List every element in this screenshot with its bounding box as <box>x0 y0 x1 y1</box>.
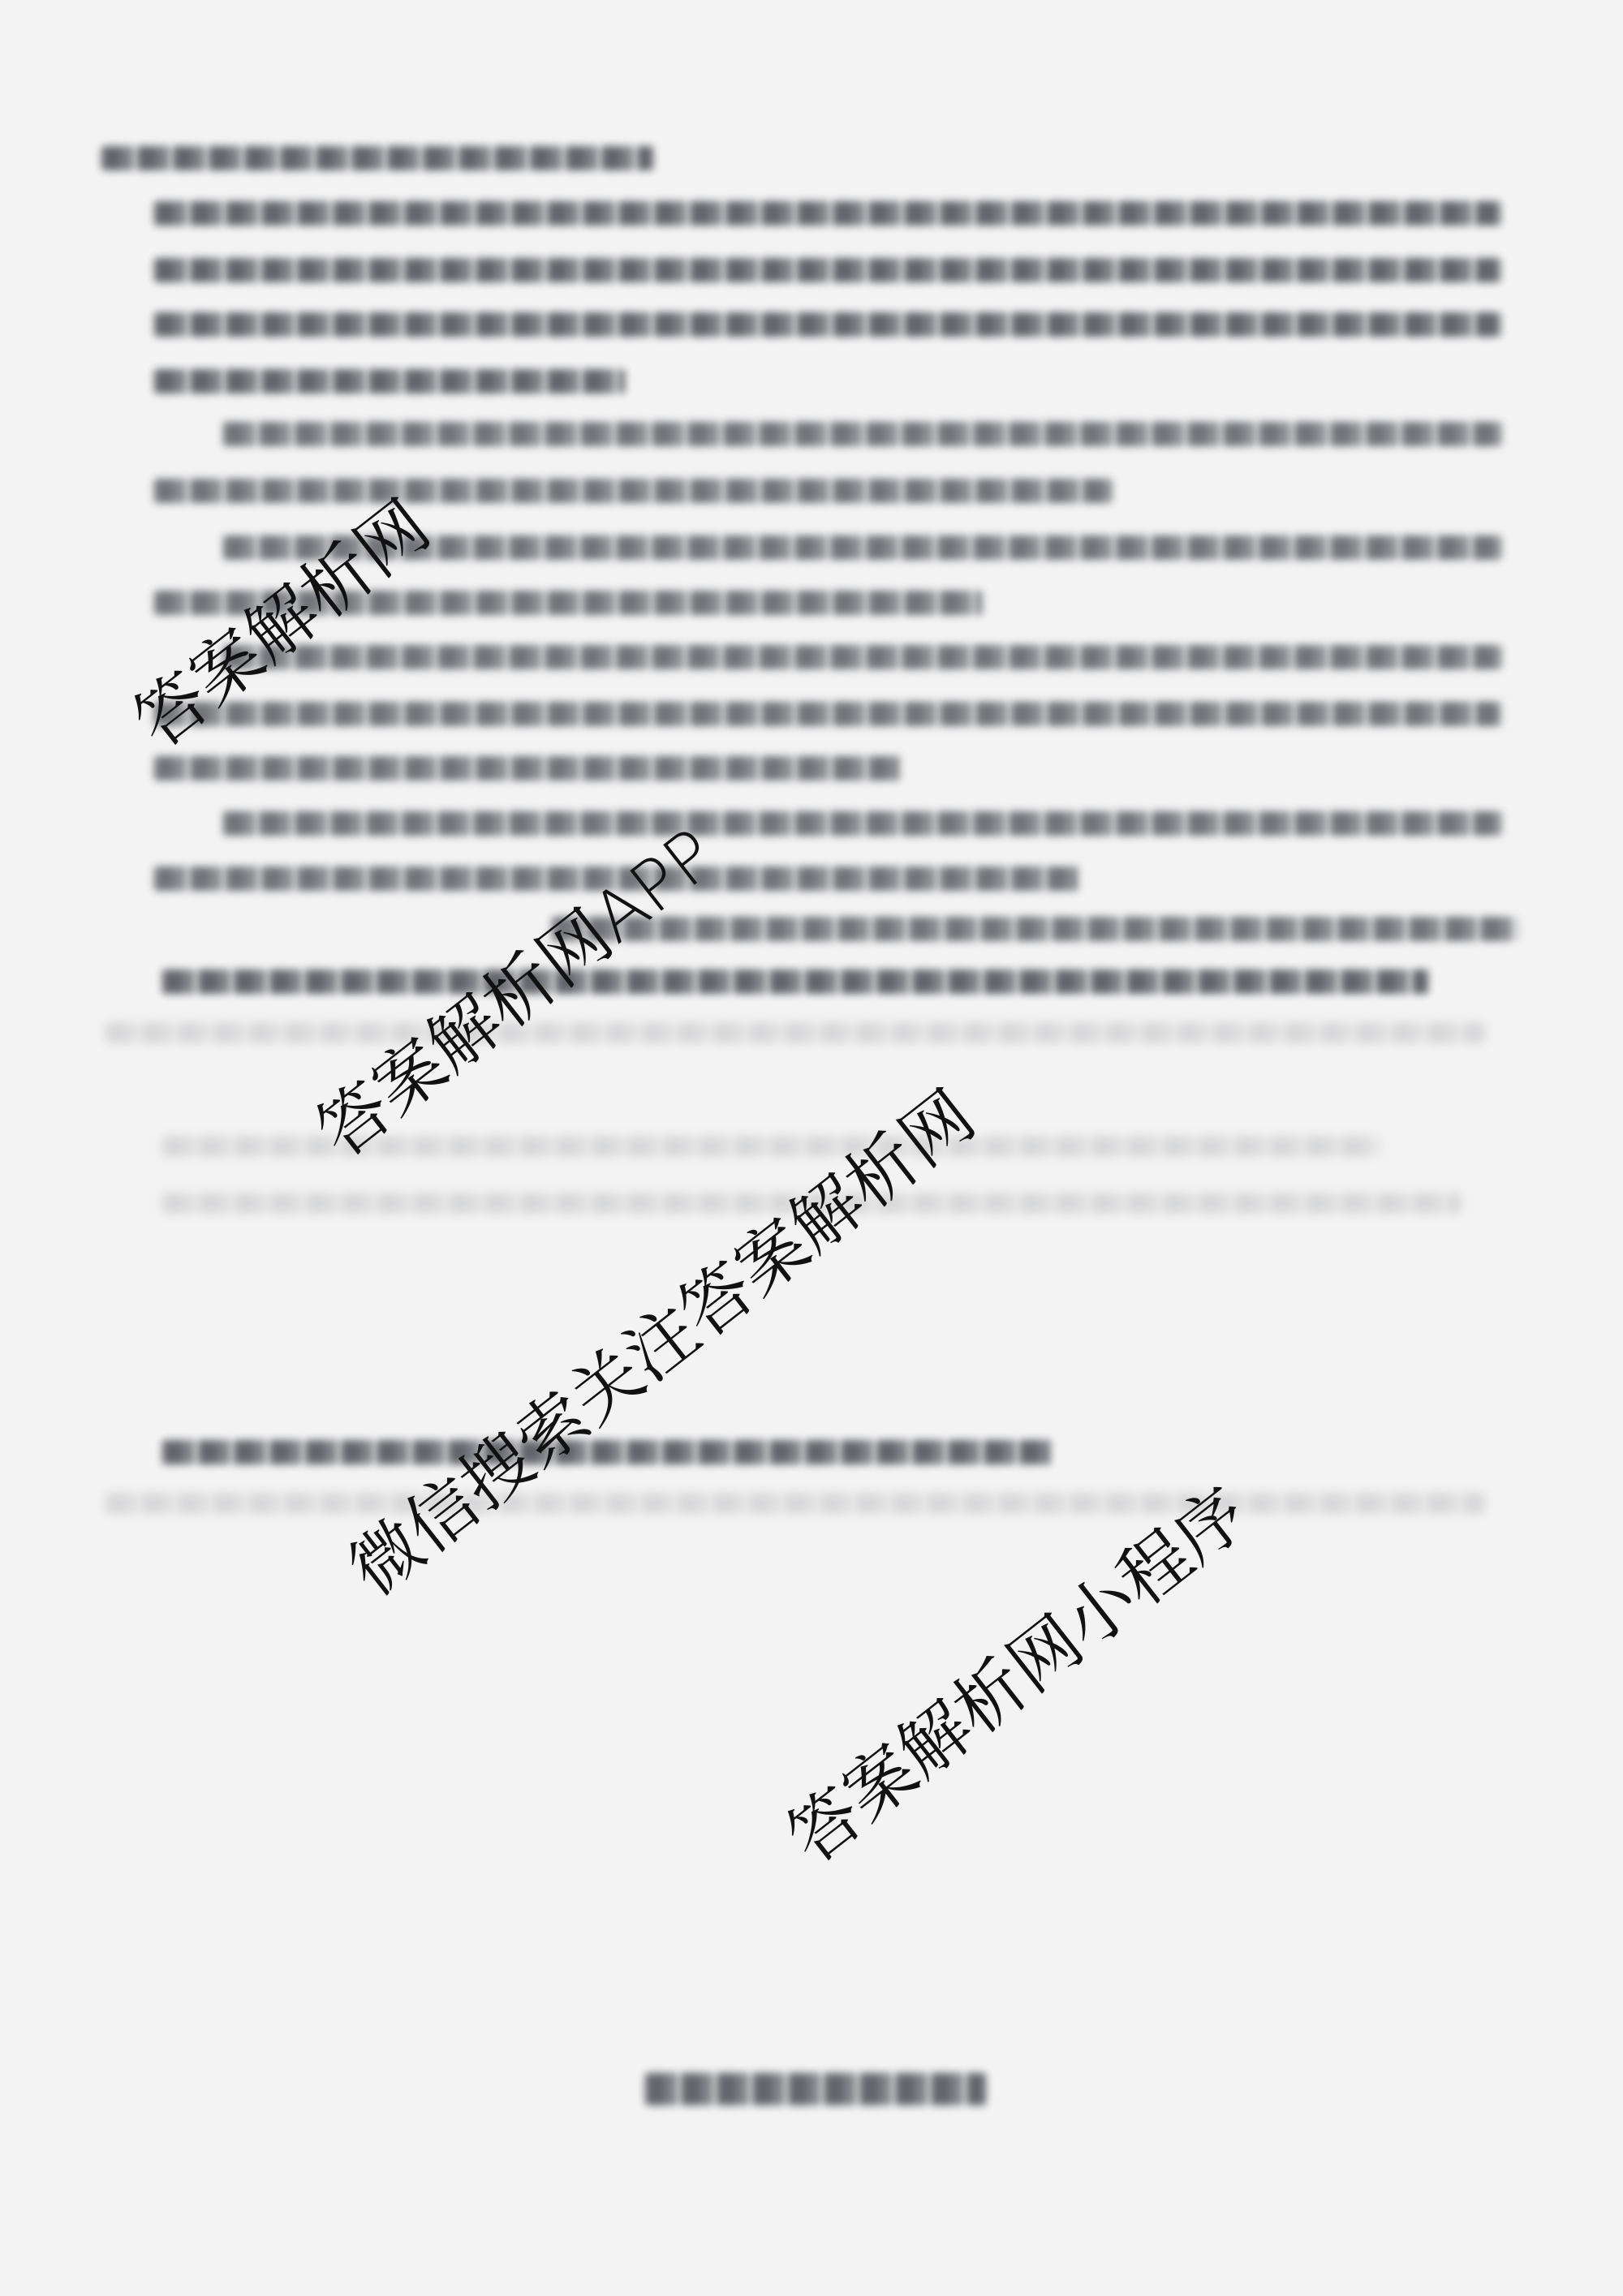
material-line <box>154 258 1501 282</box>
page-footer <box>645 2073 986 2105</box>
watermark: 答案解析网小程序 <box>777 1477 1259 1875</box>
material-line <box>154 702 1501 726</box>
exam-page: 答案解析网 答案解析网APP 微信搜索关注答案解析网 答案解析网小程序 <box>0 0 1623 2296</box>
sub-question-1 <box>162 970 1428 994</box>
material-line <box>223 645 1501 669</box>
sub-question-2 <box>162 1440 1055 1464</box>
answer-area-trace <box>105 1493 1485 1514</box>
source-attribution <box>552 917 1518 941</box>
material-line <box>154 312 1501 337</box>
material-line <box>154 479 1112 503</box>
material-line <box>154 756 901 780</box>
material-line <box>154 201 1501 226</box>
question-header <box>101 146 653 170</box>
watermark: 微信搜索关注答案解析网 <box>338 1080 986 1607</box>
material-line <box>154 369 625 393</box>
material-line <box>223 422 1501 446</box>
answer-area-trace <box>105 1022 1485 1043</box>
material-line <box>223 811 1501 836</box>
